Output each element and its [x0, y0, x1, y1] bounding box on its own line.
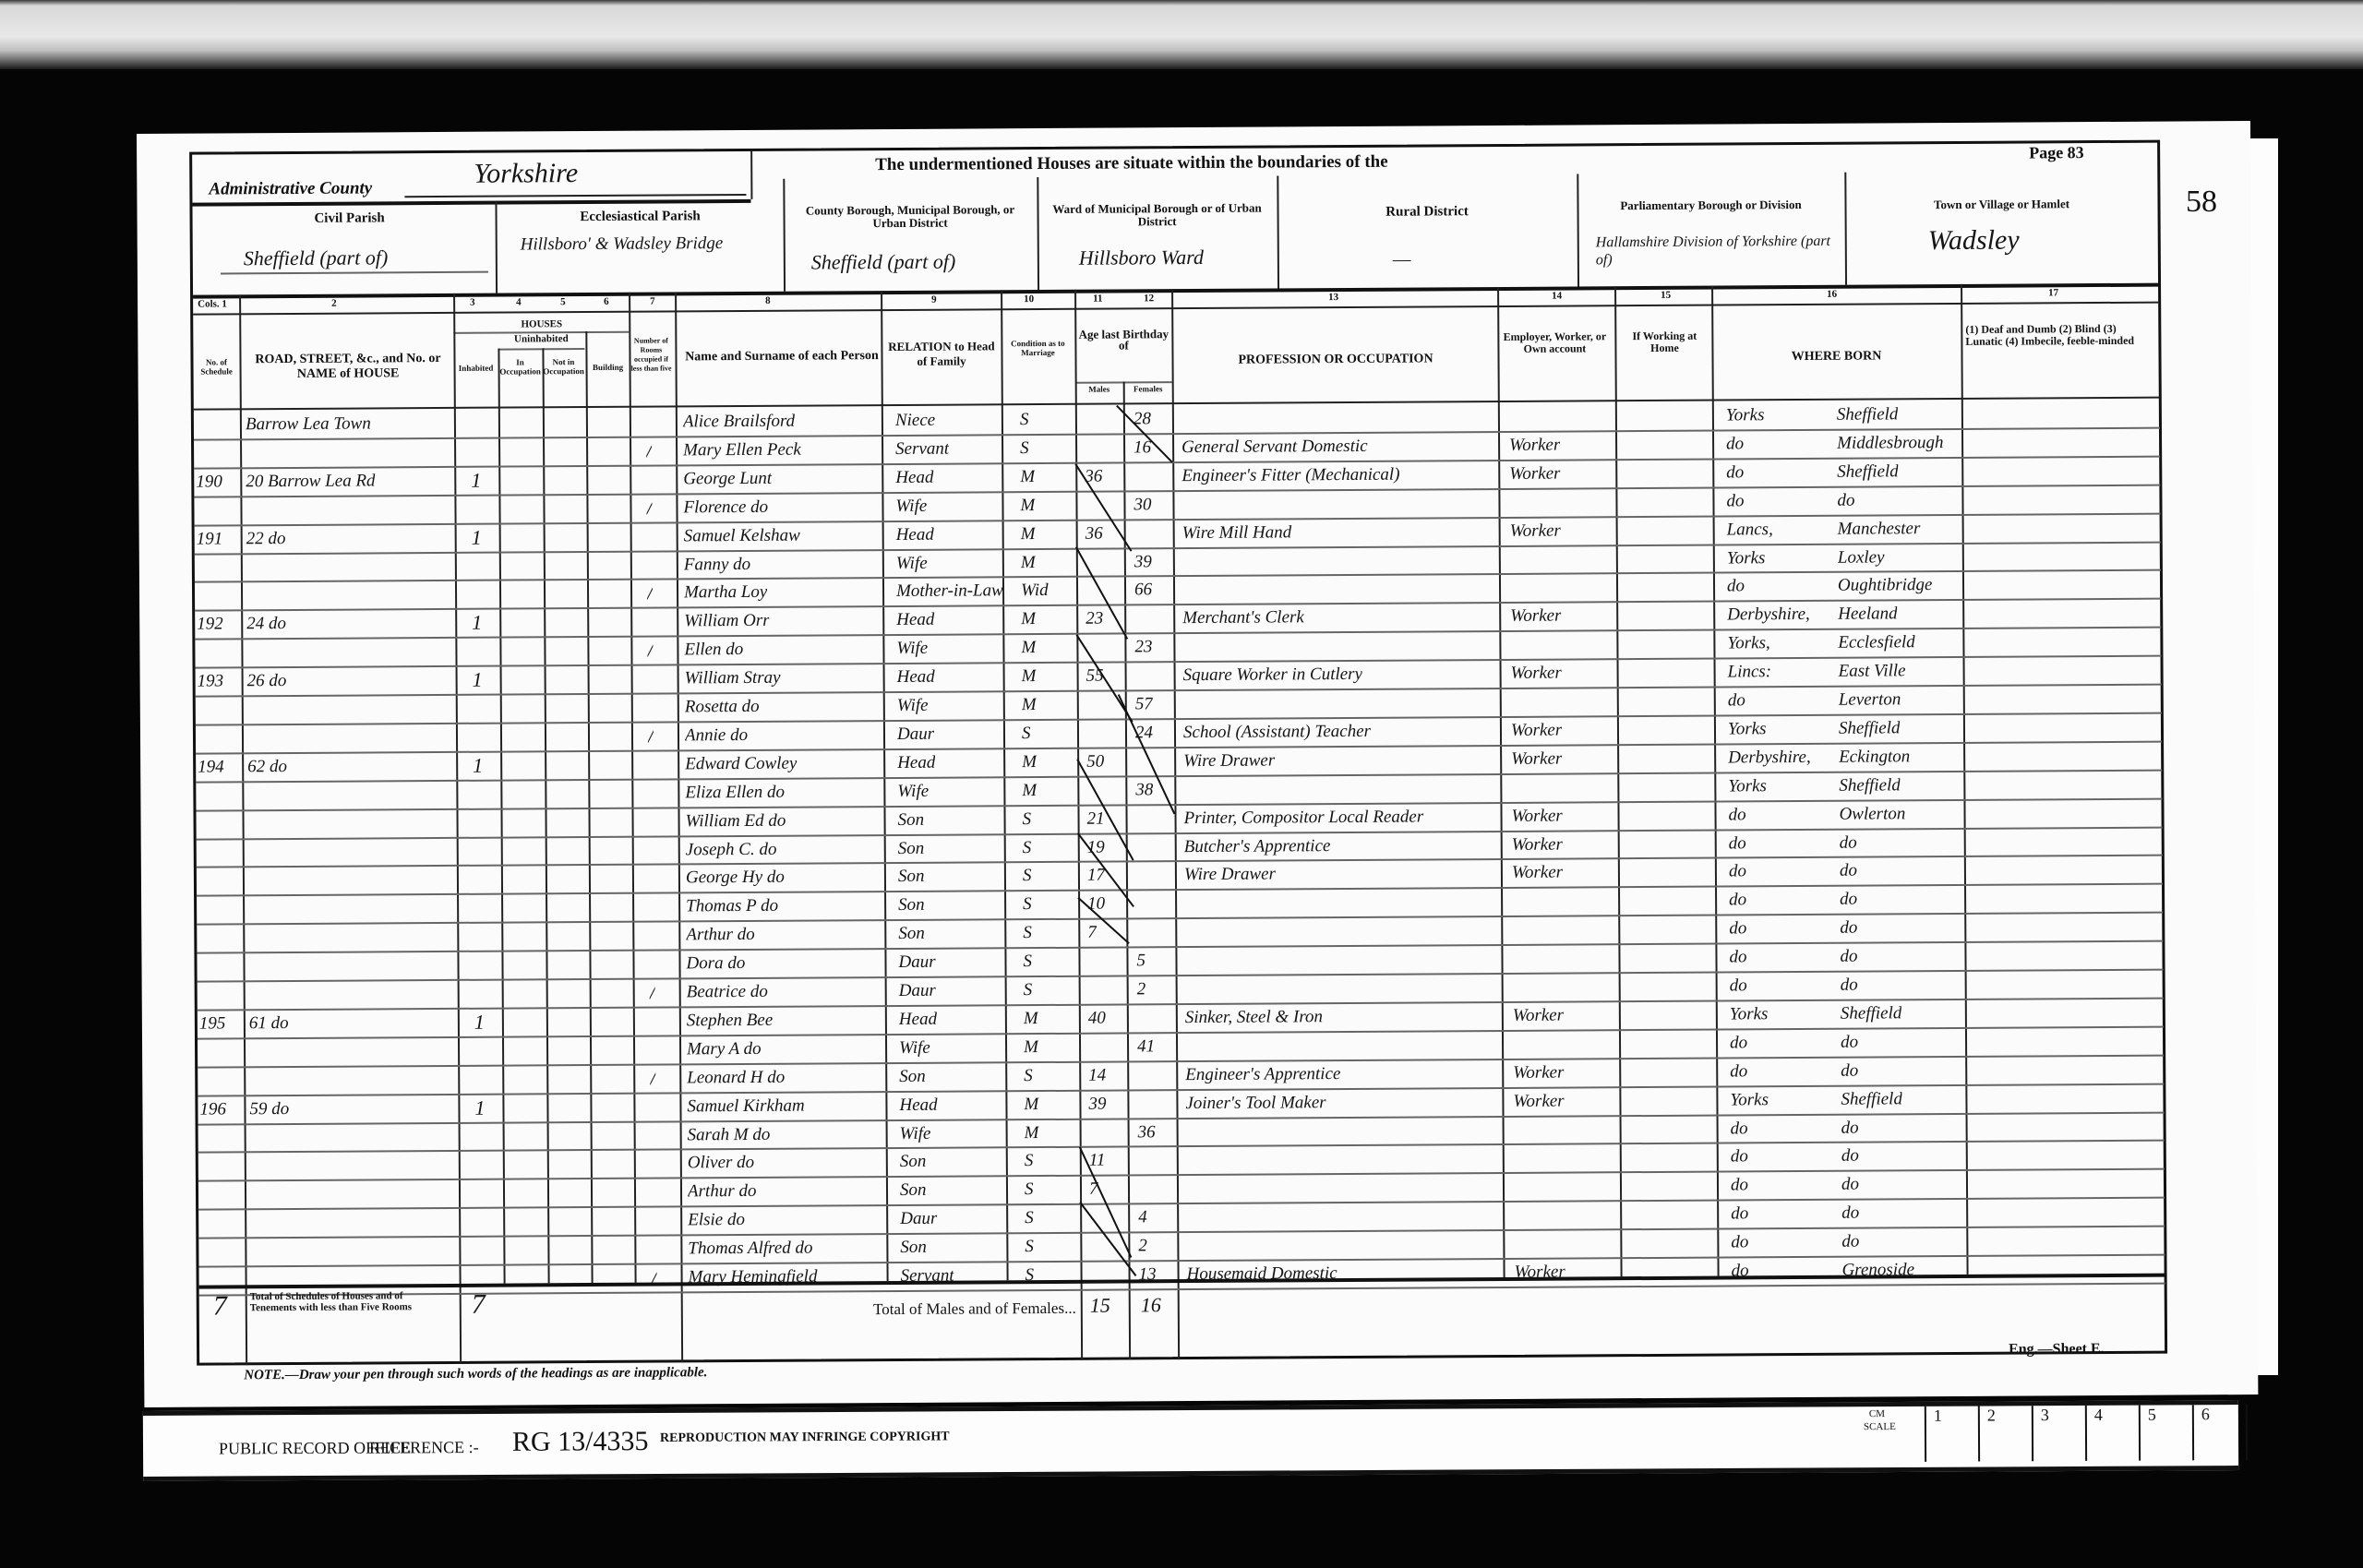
relation: Head — [896, 522, 934, 546]
birth-place: Sheffield — [1841, 1087, 1902, 1111]
schedule-number: 190 — [196, 470, 222, 494]
condition: M — [1024, 1007, 1038, 1031]
total-schedules: 7 — [213, 1294, 227, 1318]
birth-place: do — [1841, 974, 1858, 998]
rooms-mark: / — [648, 724, 654, 748]
person-name: George Hy do — [686, 866, 785, 891]
person-name: Eliza Ellen do — [685, 780, 785, 805]
uninhabited-group-heading: Uninhabited — [498, 333, 584, 345]
person-name: Rosetta do — [685, 695, 760, 719]
address: Barrow Lea Town — [246, 412, 371, 437]
census-form: Administrative County Yorkshire The unde… — [189, 140, 2167, 1366]
birth-county: do — [1730, 1059, 1747, 1083]
pro-copyright: REPRODUCTION MAY INFRINGE COPYRIGHT — [660, 1430, 950, 1446]
person-name: Beatrice do — [687, 980, 768, 1005]
person-name: Elsie do — [688, 1208, 745, 1232]
age-male: 23 — [1086, 607, 1103, 631]
relation: Wife — [897, 694, 929, 718]
condition: S — [1023, 950, 1032, 974]
age-female: 66 — [1134, 579, 1152, 603]
birth-county: do — [1729, 832, 1746, 856]
condition: S — [1025, 1235, 1034, 1259]
address: 22 do — [246, 527, 286, 551]
age-male: 50 — [1086, 749, 1104, 773]
column-number: 9 — [931, 294, 937, 305]
occupation: Engineer's Apprentice — [1185, 1062, 1340, 1087]
person-name: Thomas P do — [686, 894, 778, 919]
col14-heading: Employer, Worker, or Own account — [1499, 330, 1610, 355]
column-number: 10 — [1024, 293, 1034, 305]
relation: Head — [897, 665, 935, 689]
age-female: 57 — [1135, 692, 1153, 716]
condition: S — [1023, 892, 1032, 916]
schedule-number: 195 — [199, 1011, 226, 1035]
rooms-mark: / — [646, 496, 652, 520]
person-name: Stephen Bee — [687, 1009, 774, 1034]
relation: Son — [900, 1236, 927, 1260]
col8-heading: Name and Surname of each Person — [682, 349, 881, 365]
scale-label-cm: CM — [1869, 1408, 1885, 1419]
scale-mark: 4 — [2085, 1406, 2139, 1461]
address: 62 do — [247, 755, 287, 779]
birth-county: Yorks — [1728, 774, 1767, 798]
relation: Head — [899, 1008, 937, 1032]
age-male: 14 — [1088, 1063, 1106, 1087]
birth-place: Owlerton — [1839, 802, 1905, 826]
total-houses: 7 — [472, 1293, 486, 1317]
relation: Son — [899, 1064, 926, 1088]
employment-status: Worker — [1512, 832, 1563, 856]
column-number: 15 — [1661, 290, 1671, 301]
occupation: Wire Drawer — [1184, 863, 1276, 888]
birth-county: do — [1731, 1174, 1748, 1198]
person-name: Mary Hemingfield — [689, 1265, 818, 1290]
birth-county: do — [1728, 803, 1745, 827]
birth-place: do — [1841, 1030, 1858, 1054]
col17-heading: (1) Deaf and Dumb (2) Blind (3) Lunatic … — [1965, 323, 2150, 348]
person-name: Fanny do — [684, 552, 750, 576]
condition: M — [1022, 664, 1037, 688]
ward-label: Ward of Municipal Borough or of Urban Di… — [1046, 202, 1267, 229]
admin-county-label: Administrative County — [209, 181, 372, 197]
condition: M — [1024, 1035, 1038, 1059]
rooms-mark: / — [647, 639, 653, 663]
birth-place: do — [1840, 916, 1857, 940]
col2-heading: ROAD, STREET, &c., and No. or NAME of HO… — [244, 352, 451, 382]
occupation: Merchant's Clerk — [1182, 606, 1304, 631]
condition: M — [1025, 1121, 1039, 1145]
col15-heading: If Working at Home — [1619, 330, 1709, 355]
birth-place: Sheffield — [1837, 460, 1899, 484]
column-number: 14 — [1552, 291, 1562, 302]
birth-place: do — [1841, 1116, 1859, 1140]
birth-county: do — [1726, 432, 1744, 456]
address: 20 Barrow Lea Rd — [246, 469, 375, 494]
age-female: 38 — [1135, 778, 1153, 802]
total-persons-label: Total of Males and of Females... — [735, 1301, 1076, 1318]
civil-parish-value: Sheffield (part of) — [244, 245, 389, 270]
person-name: Dora do — [686, 952, 745, 976]
schedule-number: 194 — [198, 755, 224, 779]
age-female: 39 — [1134, 550, 1152, 574]
col7-heading: Number of Rooms occupied if less than fi… — [629, 336, 673, 373]
employment-status: Worker — [1510, 604, 1561, 628]
birth-county: do — [1729, 917, 1746, 941]
condition: M — [1020, 465, 1035, 489]
col11-heading: Males — [1076, 384, 1122, 393]
birth-county: do — [1728, 688, 1745, 712]
occupation: Joiner's Tool Maker — [1185, 1091, 1325, 1116]
age-female: 4 — [1138, 1206, 1147, 1230]
age-male: 39 — [1088, 1092, 1106, 1116]
condition: M — [1021, 636, 1036, 660]
inhabited-count: 1 — [473, 754, 483, 778]
birth-place: do — [1840, 831, 1857, 855]
employment-status: Worker — [1511, 747, 1562, 771]
birth-place: East Ville — [1839, 659, 1906, 683]
birth-county: Derbyshire, — [1727, 603, 1810, 628]
relation: Head — [896, 608, 934, 632]
birth-place: do — [1841, 1230, 1859, 1254]
condition: S — [1023, 864, 1032, 888]
birth-place: Eckington — [1839, 745, 1910, 769]
pro-reference: RG 13/4335 — [512, 1426, 649, 1458]
birth-county: do — [1729, 889, 1746, 913]
employment-status: Worker — [1510, 519, 1561, 543]
age-male: 36 — [1086, 521, 1103, 545]
person-name: Annie do — [685, 724, 748, 748]
inhabited-count: 1 — [474, 1095, 485, 1119]
column-number: 5 — [560, 296, 566, 307]
relation: Son — [897, 808, 924, 832]
person-name: Samuel Kelshaw — [684, 523, 800, 548]
birth-county: do — [1731, 1117, 1748, 1141]
person-name: Alice Brailsford — [683, 410, 795, 435]
ecclesiastical-parish-label: Ecclesiastical Parish — [507, 209, 774, 225]
occupation: Butcher's Apprentice — [1184, 834, 1331, 859]
rooms-mark: / — [650, 1066, 655, 1090]
birth-county: Derbyshire, — [1728, 746, 1811, 771]
person-name: Sarah M do — [688, 1122, 771, 1147]
col6-heading: Building — [586, 363, 630, 372]
county-borough-value: Sheffield (part of) — [811, 250, 956, 275]
col12-heading: Females — [1124, 384, 1172, 393]
relation: Servant — [895, 437, 949, 461]
total-females: 16 — [1141, 1293, 1161, 1317]
birth-place: Leverton — [1839, 688, 1901, 712]
scan-top-edge — [0, 0, 2363, 69]
birth-place: Sheffield — [1839, 716, 1901, 740]
page-label: Page — [2029, 143, 2063, 162]
person-name: Martha Loy — [684, 581, 767, 605]
ward-value: Hillsboro Ward — [1079, 245, 1204, 270]
person-name: Leonard H do — [687, 1065, 785, 1090]
birth-place: do — [1840, 945, 1857, 969]
relation: Niece — [895, 409, 935, 433]
birth-county: do — [1731, 1259, 1748, 1283]
occupation: School (Assistant) Teacher — [1183, 720, 1371, 745]
relation: Son — [898, 865, 925, 889]
rooms-mark: / — [652, 1266, 657, 1290]
rural-district-label: Rural District — [1286, 204, 1567, 221]
condition: S — [1024, 1064, 1033, 1088]
inhabited-count: 1 — [472, 525, 482, 549]
houses-group-heading: HOUSES — [456, 318, 627, 330]
admin-county-value: Yorkshire — [474, 162, 578, 186]
birth-place: Sheffield — [1839, 773, 1901, 797]
pro-reference-strip: PUBLIC RECORD OFFICE REFERENCE :- RG 13/… — [143, 1400, 2238, 1481]
birth-county: Lincs: — [1728, 660, 1772, 684]
county-borough-label: County Borough, Municipal Borough, or Ur… — [792, 203, 1027, 231]
birth-county: do — [1731, 1203, 1748, 1227]
birth-place: do — [1840, 888, 1857, 912]
occupation: Printer, Compositor Local Reader — [1183, 805, 1423, 831]
relation: Daur — [897, 723, 934, 747]
relation: Wife — [897, 779, 929, 803]
person-name: Oliver do — [688, 1151, 754, 1175]
person-name: Florence do — [683, 496, 768, 521]
col1-heading: No. of Schedule — [195, 357, 237, 376]
age-group-heading: Age last Birthday of — [1075, 329, 1171, 352]
column-number: 8 — [765, 295, 771, 306]
age-female: 13 — [1138, 1263, 1156, 1287]
occupation: Wire Drawer — [1183, 748, 1275, 773]
age-male: 7 — [1087, 921, 1097, 945]
relation: Son — [900, 1150, 927, 1174]
column-number: 7 — [650, 296, 655, 307]
scale-end — [2246, 1405, 2301, 1460]
town-village-value: Wadsley — [1928, 229, 2020, 254]
age-male: 55 — [1086, 664, 1104, 688]
relation: Wife — [896, 637, 928, 661]
col4-heading: In Occupation — [498, 357, 542, 376]
ecclesiastical-parish-value: Hillsboro' & Wadsley Bridge — [521, 234, 761, 255]
schedule-number: 193 — [198, 670, 224, 694]
scale-mark: 3 — [2032, 1406, 2085, 1461]
birth-place: do — [1841, 1144, 1859, 1168]
employment-status: Worker — [1511, 804, 1562, 828]
employment-status: Worker — [1509, 433, 1560, 457]
birth-place: Grenoside — [1841, 1258, 1914, 1282]
person-name: Edward Cowley — [685, 751, 797, 776]
address: 26 do — [247, 669, 287, 693]
column-number: 12 — [1144, 293, 1154, 304]
address: 61 do — [249, 1011, 289, 1035]
employment-status: Worker — [1514, 1261, 1565, 1285]
person-name: Thomas Alfred do — [688, 1237, 812, 1262]
relation: Daur — [900, 1207, 937, 1231]
relation: Son — [898, 893, 925, 917]
birth-place: Oughtibridge — [1838, 574, 1933, 599]
birth-county: Yorks, — [1727, 631, 1769, 655]
scale-mark: 6 — [2192, 1405, 2246, 1460]
employment-status: Worker — [1509, 461, 1560, 485]
condition: S — [1025, 1149, 1034, 1173]
footnote: NOTE.—Draw your pen through such words o… — [244, 1365, 707, 1382]
birth-county: Lancs, — [1727, 518, 1773, 542]
birth-place: do — [1837, 488, 1854, 512]
schedule-number: 191 — [197, 527, 223, 551]
condition: M — [1020, 494, 1035, 518]
inhabited-count: 1 — [473, 668, 483, 692]
birth-place: Sheffield — [1841, 1001, 1902, 1025]
employment-status: Worker — [1512, 861, 1563, 885]
inhabited-count: 1 — [474, 1011, 485, 1035]
condition: M — [1021, 607, 1036, 631]
condition: Wid — [1021, 579, 1049, 603]
scale-mark: 1 — [1925, 1406, 1978, 1462]
birth-county: Yorks — [1726, 403, 1765, 427]
page-number: Page 83 — [2029, 145, 2084, 160]
age-female: 23 — [1134, 635, 1152, 659]
birth-county: do — [1729, 860, 1746, 884]
sheet-label: Eng.—Sheet E. — [2009, 1342, 2105, 1358]
employment-status: Worker — [1513, 1003, 1564, 1027]
inhabited-count: 1 — [471, 469, 481, 493]
person-name: Samuel Kirkham — [687, 1094, 804, 1119]
birth-place: Manchester — [1838, 517, 1921, 542]
relation: Son — [900, 1179, 927, 1203]
header-intro: The undermentioned Houses are situate wi… — [875, 155, 1388, 173]
condition: S — [1023, 836, 1032, 860]
condition: M — [1021, 522, 1036, 546]
schedule-number: 192 — [197, 613, 223, 637]
occupation: Engineer's Fitter (Mechanical) — [1181, 462, 1399, 487]
person-name: Mary A do — [687, 1037, 762, 1061]
relation: Son — [898, 836, 925, 860]
condition: M — [1021, 551, 1036, 575]
census-page: Administrative County Yorkshire The unde… — [137, 121, 2258, 1407]
condition: S — [1022, 722, 1031, 746]
rooms-mark: / — [647, 581, 653, 605]
occupation: Square Worker in Cutlery — [1183, 663, 1363, 688]
age-female: 2 — [1137, 977, 1146, 1001]
condition: S — [1020, 408, 1029, 432]
birth-county: do — [1726, 461, 1744, 485]
total-schedules-label: Total of Schedules of Houses and of Tene… — [250, 1290, 444, 1313]
occupation: Housemaid Domestic — [1186, 1262, 1337, 1287]
relation: Son — [898, 922, 925, 946]
column-number: 17 — [2048, 287, 2058, 298]
column-number: 3 — [470, 297, 475, 308]
relation: Wife — [899, 1036, 930, 1060]
pro-reference-label: REFERENCE :- — [369, 1438, 479, 1458]
birth-county: do — [1729, 945, 1746, 969]
col13-heading: PROFESSION OR OCCUPATION — [1176, 352, 1494, 368]
condition: M — [1024, 1093, 1038, 1117]
col3-heading: Inhabited — [454, 364, 498, 373]
scale-label-scale: SCALE — [1864, 1421, 1896, 1432]
condition: S — [1025, 1206, 1034, 1230]
column-number: 6 — [604, 296, 609, 307]
condition: M — [1022, 779, 1037, 803]
column-number: 13 — [1328, 292, 1338, 303]
column-number: 2 — [331, 298, 337, 309]
birth-place: do — [1841, 1202, 1859, 1226]
person-name: Ellen do — [684, 638, 743, 662]
birth-county: do — [1727, 575, 1745, 599]
scale-mark: 2 — [1978, 1406, 2032, 1461]
age-female: 2 — [1138, 1234, 1147, 1258]
inhabited-count: 1 — [472, 611, 482, 635]
employment-status: Worker — [1511, 718, 1562, 742]
address: 24 do — [246, 612, 286, 636]
total-males: 15 — [1090, 1294, 1110, 1318]
person-name: Mary Ellen Peck — [683, 438, 801, 463]
relation: Daur — [899, 979, 936, 1003]
birth-place: Heeland — [1838, 603, 1898, 627]
employment-status: Worker — [1511, 662, 1562, 686]
relation: Wife — [895, 494, 927, 518]
condition: S — [1023, 921, 1032, 945]
birth-county: Yorks — [1730, 1088, 1769, 1112]
condition: S — [1022, 808, 1031, 832]
condition: M — [1022, 693, 1037, 717]
birth-place: do — [1841, 1173, 1859, 1197]
person-name: Arthur do — [688, 1179, 757, 1203]
age-female: 30 — [1134, 493, 1151, 517]
birth-county: do — [1730, 1031, 1747, 1055]
civil-parish-label: Civil Parish — [230, 210, 470, 227]
col16-heading: WHERE BORN — [1716, 349, 1956, 365]
page-value: 83 — [2068, 143, 2084, 162]
relation: Mother-in-Law — [896, 580, 1002, 604]
birth-place: Middlesbrough — [1837, 431, 1944, 456]
parliamentary-borough-label: Parliamentary Borough or Division — [1590, 198, 1830, 213]
person-name: William Ed do — [685, 808, 786, 833]
birth-county: Yorks — [1727, 546, 1766, 570]
relation: Head — [899, 1093, 937, 1117]
address: 59 do — [249, 1097, 289, 1121]
person-name: George Lunt — [683, 467, 772, 492]
column-number: Cols. 1 — [198, 298, 227, 309]
occupation: Sinker, Steel & Iron — [1185, 1005, 1323, 1030]
column-number: 11 — [1093, 293, 1102, 305]
age-male: 21 — [1086, 807, 1104, 831]
relation: Daur — [898, 951, 935, 975]
condition: M — [1022, 750, 1037, 774]
age-female: 5 — [1136, 949, 1146, 973]
relation: Head — [895, 466, 933, 490]
col10-heading: Condition as to Marriage — [1003, 339, 1072, 357]
person-name: William Orr — [684, 609, 770, 634]
rooms-mark: / — [646, 438, 652, 462]
occupation: General Servant Domestic — [1181, 435, 1368, 460]
birth-place: Ecclesfield — [1838, 630, 1915, 655]
condition: S — [1025, 1263, 1034, 1287]
employment-status: Worker — [1513, 1089, 1564, 1113]
column-number: 4 — [516, 296, 522, 307]
age-female: 36 — [1138, 1120, 1156, 1144]
birth-place: do — [1840, 859, 1857, 883]
age-male: 40 — [1088, 1006, 1106, 1030]
birth-county: do — [1731, 1145, 1748, 1169]
birth-place: Loxley — [1838, 545, 1885, 569]
scale-mark: 5 — [2139, 1405, 2192, 1460]
condition: S — [1020, 437, 1029, 461]
person-name: Joseph C. do — [686, 837, 777, 862]
rooms-mark: / — [650, 981, 655, 1005]
occupation: Wire Mill Hand — [1182, 521, 1292, 545]
birth-county: do — [1731, 1230, 1748, 1254]
condition: S — [1024, 978, 1033, 1002]
parliamentary-borough-value: Hallamshire Division of Yorkshire (part … — [1596, 233, 1836, 269]
rural-district-value: — — [1393, 247, 1411, 271]
age-female: 28 — [1134, 407, 1151, 431]
relation: Head — [897, 751, 935, 775]
person-name: Arthur do — [686, 923, 755, 947]
birth-county: Yorks — [1728, 717, 1767, 741]
